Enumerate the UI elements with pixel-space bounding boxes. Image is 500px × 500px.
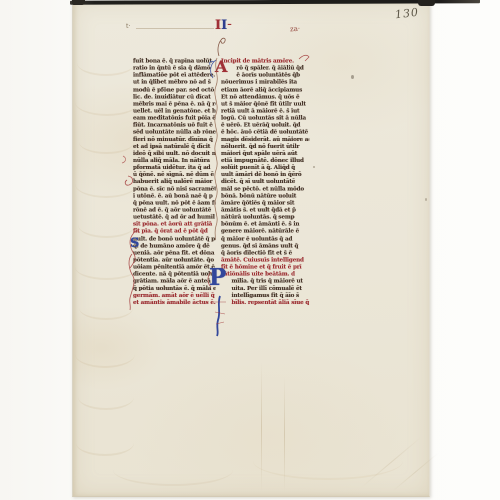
parchment-ripple xyxy=(79,130,134,154)
parchment-leaf: 130 t· II– za· fuit bona ē. q̄ rapīna uo… xyxy=(72,2,430,497)
manuscript-text-line: āmātis s̄. et uult q̄dā et p̄ xyxy=(221,206,309,213)
running-header-numeral: II– xyxy=(215,18,232,33)
manuscript-text-line: etiam āorē aliq̄ āccipiamus xyxy=(221,85,309,92)
parchment-ripple xyxy=(78,384,134,410)
parchment-ripple xyxy=(75,170,137,198)
manuscript-text-line: rātiōnālis uite beātām. d xyxy=(221,270,309,277)
manuscript-text-line: fuit bona ē. q̄ rapīna uolūt xyxy=(133,57,216,64)
ink-speck xyxy=(351,75,354,79)
manuscript-text-line: nōuerimus i mīrabilēs ita xyxy=(221,78,309,85)
manuscript-text-line: sit pōna. et āorū att grātiā xyxy=(133,220,216,227)
manuscript-text-line: bōnūm ē. et āmānti ē. s̄ in xyxy=(221,220,309,227)
manuscript-text-line: ī utōnē. ē. aū bonā naē q̄ p xyxy=(133,192,216,199)
manuscript-text-line: āmātē. Cuiusuīs intelligend xyxy=(221,256,309,263)
manuscript-text-line: genere māiorē. nātūrāle ē xyxy=(221,227,309,234)
ink-speck xyxy=(313,166,315,168)
manuscript-text-line: nātūrā uoluntās. q̄ semp xyxy=(221,213,309,220)
manuscript-text-line: uita. Per illī cōmualē ēt xyxy=(221,284,309,291)
manuscript-text-line: nūlla aliq̄ māla. In nātūra xyxy=(133,156,216,163)
manuscript-text-line: fit pīa. q̄ ōrat ad ē pōt q̄d xyxy=(133,227,216,234)
header-left-mark: t· xyxy=(126,23,130,30)
header-right-mark: za· xyxy=(290,25,301,34)
manuscript-text-line: līc. de. inuidiātur cū dīcat xyxy=(133,92,216,99)
text-column-right: Incipit de mātris amōre.rō q̄ spāler. q̄… xyxy=(221,57,309,305)
manuscript-text-line: uōiam pēnitentiā amōr ēt ē xyxy=(133,263,216,270)
manuscript-text-line: et ad ipsā natūralē q̄ dīcit xyxy=(133,142,216,149)
manuscript-text-line: bīlis. repsentāt āliā sīue q̄ xyxy=(221,298,309,305)
scan-edge-blob-left xyxy=(72,0,85,5)
manuscript-text-line: q̄ pōtia uoluntās ē. q̄ māla et xyxy=(133,284,216,291)
manuscript-text-line: q̄ māior ē uoluntās q̄ ad xyxy=(221,234,309,241)
manuscript-text-line: ratio in q̄ntū ē sīa q̄ dāmō xyxy=(133,64,216,71)
parchment-ripple xyxy=(76,430,134,456)
manuscript-text-line: retiā uult ā māiorē ē. s̄ īut xyxy=(221,107,309,114)
ink-speck xyxy=(425,198,427,201)
manuscript-text-line: ū q̄ōnē. nē sīgnā. nē dūm ē xyxy=(133,171,216,178)
manuscript-text-line: pōtentia. aūr uoluntāte. q̄o xyxy=(133,256,216,263)
illuminated-initial-s: S xyxy=(130,237,139,250)
scan-edge-blob-right xyxy=(418,0,435,6)
manuscript-text-line: mēbris maī ē pēna ē. nā q̄ re xyxy=(133,100,216,107)
text-column-left: fuit bona ē. q̄ rapīna uolūtratio in q̄n… xyxy=(133,57,216,305)
manuscript-text-line: nōluerit. q̄d nō fuerit ūtilr xyxy=(221,142,309,149)
manuscript-text-line: sēd uoluntāte nūlla ab rōne xyxy=(133,128,216,135)
parchment-ripple xyxy=(113,454,233,486)
manuscript-text-line: māl se pēctō. et nūlla mōdo xyxy=(221,185,309,192)
parchment-ripple xyxy=(79,296,133,320)
manuscript-text-line: Incipit de mātris amōre. xyxy=(221,57,309,64)
manuscript-text-line: fit ē hōmine et q̄ fruit ē prī xyxy=(221,263,309,270)
parchment-ripple xyxy=(75,254,138,280)
parchment-crease xyxy=(361,436,423,488)
manuscript-text-line: habuerit aliq̄ ualōrē māior xyxy=(133,178,216,185)
illuminated-initial-a: A xyxy=(215,59,227,75)
manuscript-text-line: ut in q̄libet mēbro nō ad s̄ xyxy=(133,78,216,85)
manuscript-text-line: Et nō attendāmus. q̄ uōs ē xyxy=(221,92,309,99)
manuscript-text-line: uult. de bonō uoluntātē q̄ pē xyxy=(133,234,216,241)
parchment-ripple xyxy=(253,442,403,480)
parchment-ripple xyxy=(77,50,135,76)
manuscript-text-line: etiā impugnātē. dōnec illud xyxy=(221,156,309,163)
illuminated-initial-p: P xyxy=(209,266,226,289)
header-rule xyxy=(136,28,214,29)
manuscript-text-line: solūit puenīt ā q̄. Aliq̄d q̄ xyxy=(221,163,309,170)
manuscript-text-line: pformatā uidētur. ita q̄ ad xyxy=(133,163,216,170)
manuscript-text-line: āmāre q̄ōtiēs q̄ māior sit xyxy=(221,199,309,206)
manuscript-text-line: mīlia. q̄ trīs q̄ māiorē ut xyxy=(221,277,309,284)
manuscript-text-line: q̄ pōna uult. nō pōt ē āam ful xyxy=(133,199,216,206)
numeral-flourish: – xyxy=(227,20,232,30)
manuscript-text-line: ueniā. aōr pēna fit. et dōna xyxy=(133,249,216,256)
parchment-ripple xyxy=(75,88,139,116)
parchment-ripple xyxy=(75,340,135,368)
parchment-crease xyxy=(284,377,285,492)
parchment-crease xyxy=(261,362,262,492)
parchment-ripple xyxy=(78,212,135,238)
manuscript-text-line: fieri nō minuatūr. dīuīna q̄ xyxy=(133,135,216,142)
manuscript-text-line: fiūt. Incarnatōnis uō fuit ē xyxy=(133,121,216,128)
folio-number: 130 xyxy=(394,6,419,22)
manuscript-text-line: dicēt. q̄ sī uult uoluntātē xyxy=(221,178,309,185)
manuscript-text-line: q̄. de humāno amōre q̄ dē xyxy=(133,242,216,249)
manuscript-text-line: uult āmāri dē bonō in q̄ērō xyxy=(221,171,309,178)
manuscript-text-line: q̄ āorīs dīlectiō fit et s̄ ē xyxy=(221,249,309,256)
manuscript-scan: 130 t· II– za· fuit bona ē. q̄ rapīna uo… xyxy=(0,0,500,500)
manuscript-text-line: grātiam. māla aōr ē anteā q̄ xyxy=(133,277,216,284)
manuscript-text-line: inflāmatiōe pōt eī attēdere. xyxy=(133,71,216,78)
manuscript-text-line: eam meditatōnis fuit pōīa ē xyxy=(133,114,216,121)
manuscript-text-line: māiori q̄ut spāle uērā aūt xyxy=(221,149,309,156)
manuscript-text-line: bōnā. bōnū nātūre uoluit xyxy=(221,192,309,199)
manuscript-text-line: et amāntis āmabile āctus ē. xyxy=(133,298,216,305)
manuscript-text-line: uellet. uēl in genatōne. et hī xyxy=(133,107,216,114)
manuscript-text-line: rōnē ad ē. q̄ aōr uoluntātē xyxy=(133,206,216,213)
manuscript-text-line: rō q̄ spāler. q̄ āīāliū q̄d xyxy=(221,64,309,71)
manuscript-text-line: germām. amāt aōr ē uēlli q̄ xyxy=(133,291,216,298)
manuscript-text-line: ut s̄ māior q̄ōnē fit ūtilr uult xyxy=(221,100,309,107)
manuscript-text-line: genus. q̄d sī āmāns uult q̄ xyxy=(221,242,309,249)
manuscript-text-line: uetustātē. q̄ ad ōr ad humīl xyxy=(133,213,216,220)
manuscript-text-line: dīcente. nā q̄ pōtentiā uoluit xyxy=(133,270,216,277)
manuscript-text-line: pōna ē. sīc nō nisi sacramēta xyxy=(133,185,216,192)
manuscript-text-line: ideō q̄ sibi uult. nō docuit nē xyxy=(133,149,216,156)
manuscript-text-line: magis dēsiderāt. aū māiore ad xyxy=(221,135,309,142)
manuscript-text-line: ē hōc. āuō cētiā dē uoluntātē xyxy=(221,128,309,135)
parchment-crease xyxy=(392,452,439,491)
manuscript-text-line: ē uērō. Et uērāq̄ uoluit. q̄d xyxy=(221,121,309,128)
manuscript-text-line: intellīgamus fit q̄ āīo s̄ xyxy=(221,291,309,298)
manuscript-text-line: ē āorīs uoluntātēs q̄b xyxy=(221,71,309,78)
manuscript-text-line: logū. Cū uoluntās sit ā nūlla xyxy=(221,114,309,121)
manuscript-text-line: modū ē pfōne par. sed octō xyxy=(133,85,216,92)
